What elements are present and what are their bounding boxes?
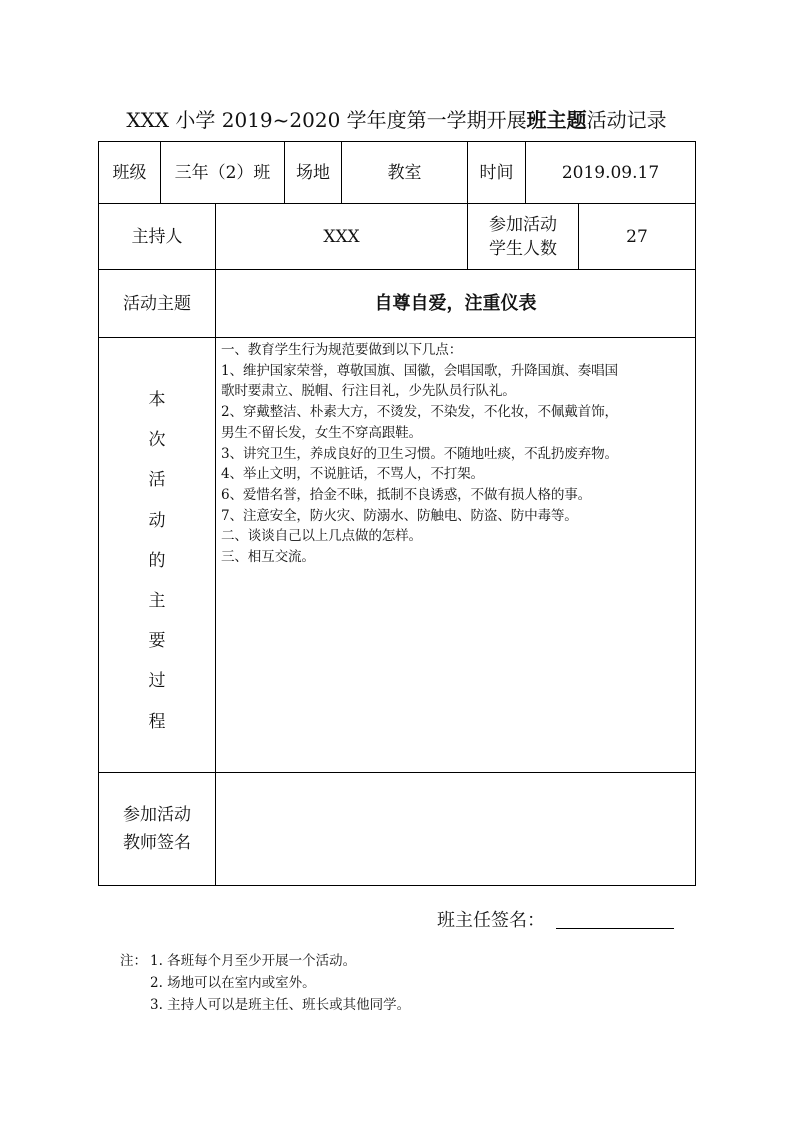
process-label-char: 动 — [149, 501, 166, 541]
process-label-char: 的 — [149, 541, 166, 581]
head-teacher-signature-line[interactable] — [556, 928, 674, 929]
host-label: 主持人 — [99, 204, 215, 269]
students-count-label-line2: 学生人数 — [489, 237, 557, 261]
note-row: 注： 1. 各班每个月至少开展一个活动。 — [120, 950, 410, 972]
note-indent — [120, 994, 150, 1016]
title-bold: 班主题 — [527, 108, 587, 132]
teacher-signature-label-line1: 参加活动 — [123, 801, 191, 829]
process-line: 歌时要肃立、脱帽、行注目礼，少先队员行队礼。 — [221, 381, 691, 402]
class-label: 班级 — [99, 142, 160, 203]
process-line: 三、相互交流。 — [221, 547, 691, 568]
notes: 注： 1. 各班每个月至少开展一个活动。 2. 场地可以在室内或室外。 3. 主… — [120, 950, 410, 1016]
process-line: 1、维护国家荣誉，尊敬国旗、国徽，会唱国歌，升降国旗、奏唱国 — [221, 361, 691, 382]
process-label-char: 过 — [149, 661, 166, 701]
process-label-char: 次 — [149, 420, 166, 460]
process-line: 4、举止文明，不说脏话，不骂人，不打架。 — [221, 464, 691, 485]
note-item: 2. 场地可以在室内或室外。 — [150, 972, 316, 994]
table-border-right — [695, 141, 696, 886]
process-line: 3、讲究卫生，养成良好的卫生习惯。不随地吐痰，不乱扔废弃物。 — [221, 444, 691, 465]
theme-label: 活动主题 — [99, 270, 215, 337]
document-title: XXX 小学 2019~2020 学年度第一学期开展班主题活动记录 — [0, 104, 793, 133]
venue-value: 教室 — [342, 142, 467, 203]
time-value: 2019.09.17 — [526, 142, 695, 203]
note-item: 1. 各班每个月至少开展一个活动。 — [150, 950, 356, 972]
process-line: 男生不留长发，女生不穿高跟鞋。 — [221, 423, 691, 444]
process-label-char: 程 — [149, 702, 166, 742]
process-label-char: 活 — [149, 460, 166, 500]
process-line: 一、教育学生行为规范要做到以下几点： — [221, 340, 691, 361]
students-count-value: 27 — [579, 204, 695, 269]
table-border-bottom — [98, 885, 696, 886]
class-value: 三年（2）班 — [161, 142, 284, 203]
process-line: 二、谈谈自己以上几点做的怎样。 — [221, 526, 691, 547]
title-suffix: 活动记录 — [587, 108, 667, 132]
theme-value: 自尊自爱，注重仪表 — [216, 270, 695, 337]
process-line: 2、穿戴整洁、朴素大方，不烫发，不染发，不化妆，不佩戴首饰， — [221, 402, 691, 423]
note-indent — [120, 972, 150, 994]
teacher-signature-label: 参加活动 教师签名 — [99, 773, 215, 885]
host-value: XXX — [216, 204, 467, 269]
note-row: 2. 场地可以在室内或室外。 — [120, 972, 410, 994]
note-item: 3. 主持人可以是班主任、班长或其他同学。 — [150, 994, 410, 1016]
teacher-signature-label-line2: 教师签名 — [123, 829, 191, 857]
teacher-signature-field[interactable] — [216, 773, 695, 885]
process-line: 7、注意安全，防火灾、防溺水、防触电、防盗、防中毒等。 — [221, 506, 691, 527]
process-label-char: 本 — [149, 380, 166, 420]
students-count-label-line1: 参加活动 — [489, 213, 557, 237]
venue-label: 场地 — [285, 142, 341, 203]
process-label: 本 次 活 动 的 主 要 过 程 — [99, 380, 215, 742]
note-row: 3. 主持人可以是班主任、班长或其他同学。 — [120, 994, 410, 1016]
process-label-char: 主 — [149, 581, 166, 621]
process-label-char: 要 — [149, 621, 166, 661]
title-prefix: XXX 小学 2019~2020 学年度第一学期开展 — [126, 108, 526, 132]
notes-prefix: 注： — [120, 950, 150, 972]
time-label: 时间 — [468, 142, 525, 203]
process-content: 一、教育学生行为规范要做到以下几点： 1、维护国家荣誉，尊敬国旗、国徽，会唱国歌… — [221, 340, 691, 568]
table-divider — [98, 337, 696, 338]
students-count-label: 参加活动 学生人数 — [468, 204, 578, 269]
head-teacher-signature-label: 班主任签名： — [437, 906, 545, 932]
process-line: 6、爱惜名誉，拾金不昧，抵制不良诱惑，不做有损人格的事。 — [221, 485, 691, 506]
